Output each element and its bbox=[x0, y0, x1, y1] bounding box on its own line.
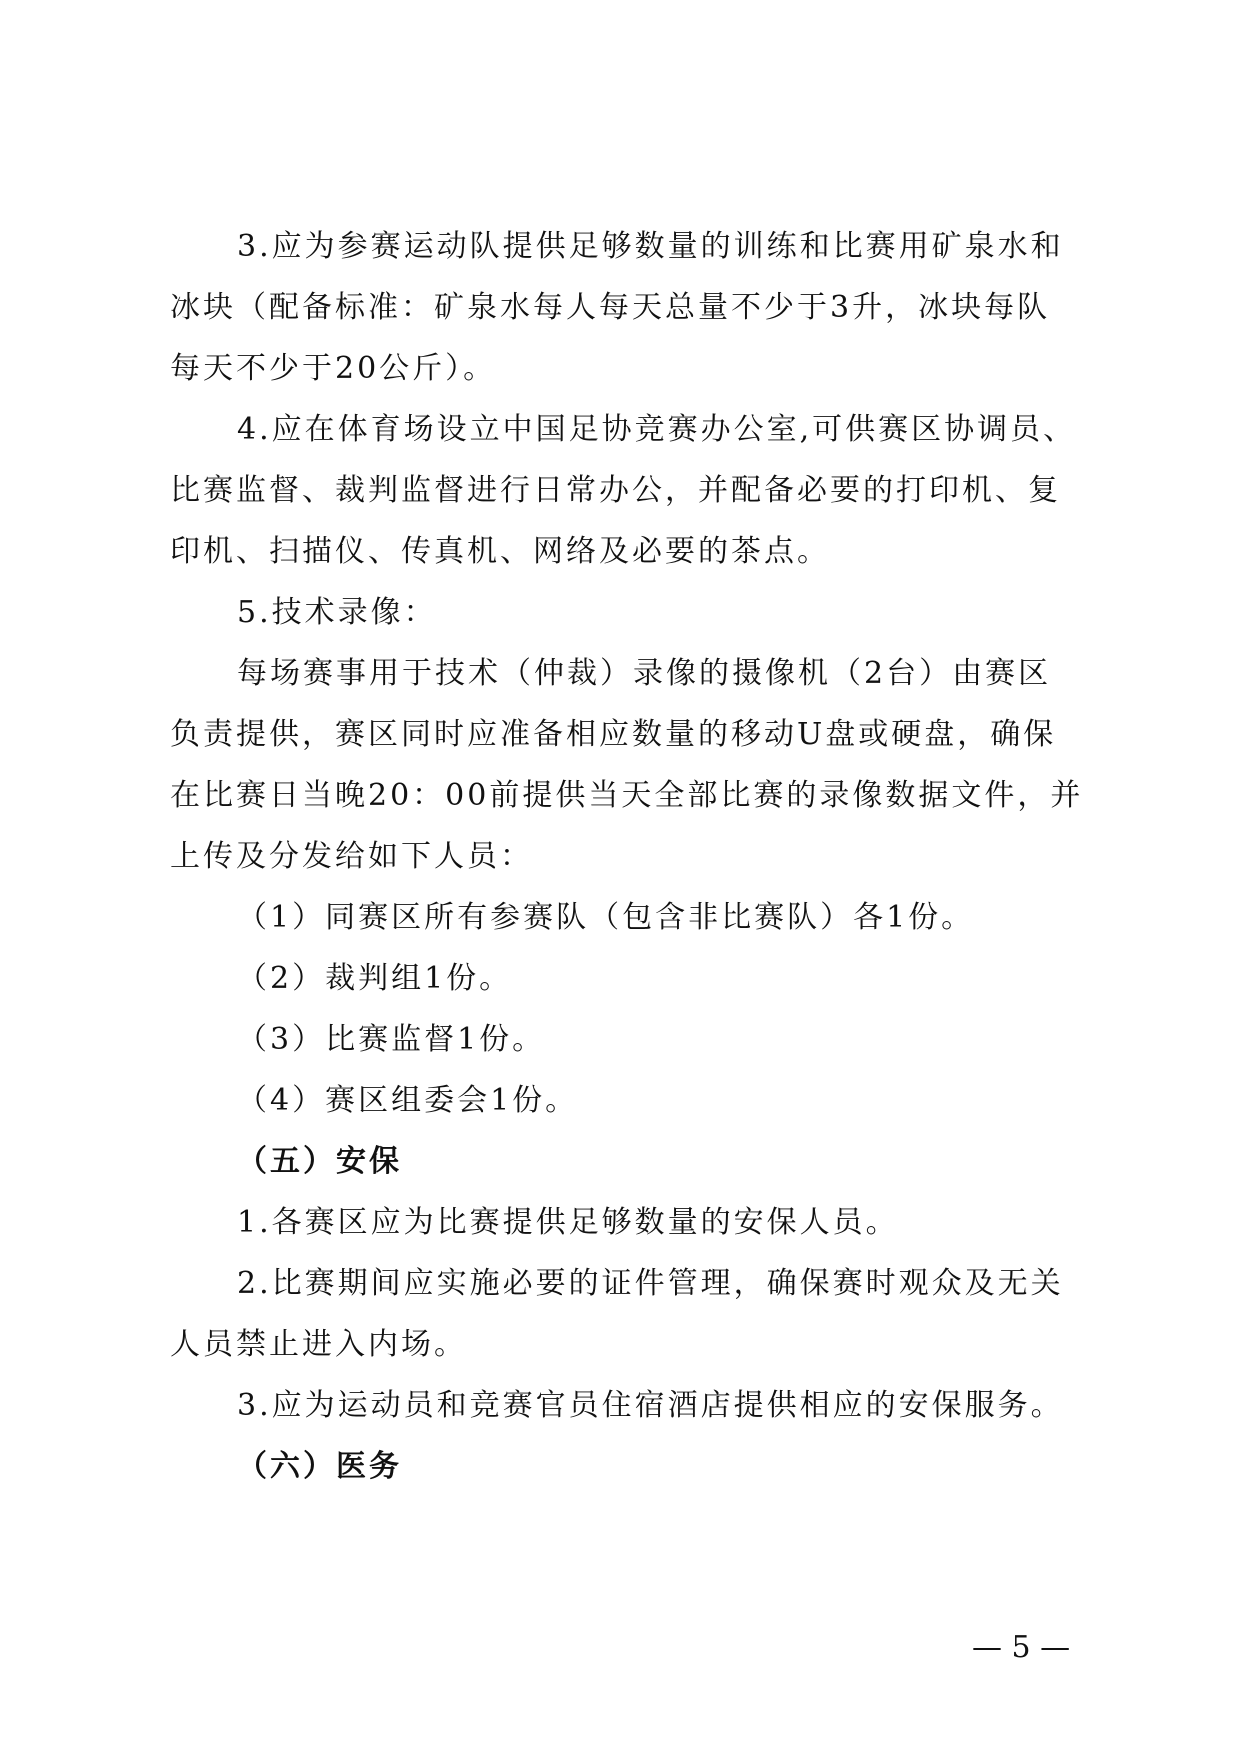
paragraph-item-5-body: 每场赛事用于技术（仲裁）录像的摄像机（2台）由赛区 负责提供，赛区同时应准备相应… bbox=[170, 643, 1070, 887]
text-line: 3.应为参赛运动队提供足够数量的训练和比赛用矿泉水和 bbox=[170, 216, 1070, 277]
list-item-recipient-1: （1）同赛区所有参赛队（包含非比赛队）各1份。 bbox=[170, 887, 1070, 948]
text-line: 上传及分发给如下人员： bbox=[170, 826, 1070, 887]
list-item-recipient-2: （2）裁判组1份。 bbox=[170, 948, 1070, 1009]
document-page: 3.应为参赛运动队提供足够数量的训练和比赛用矿泉水和 冰块（配备标准：矿泉水每人… bbox=[170, 216, 1070, 1497]
paragraph-security-3: 3.应为运动员和竞赛官员住宿酒店提供相应的安保服务。 bbox=[170, 1375, 1070, 1436]
text-line: （2）裁判组1份。 bbox=[170, 948, 1070, 1009]
text-line: 每场赛事用于技术（仲裁）录像的摄像机（2台）由赛区 bbox=[170, 643, 1070, 704]
section-heading-medical: （六）医务 bbox=[170, 1436, 1070, 1497]
paragraph-item-3-water: 3.应为参赛运动队提供足够数量的训练和比赛用矿泉水和 冰块（配备标准：矿泉水每人… bbox=[170, 216, 1070, 399]
section-heading-text: （六）医务 bbox=[170, 1436, 1070, 1497]
list-item-recipient-4: （4）赛区组委会1份。 bbox=[170, 1070, 1070, 1131]
text-line: 冰块（配备标准：矿泉水每人每天总量不少于3升，冰块每队 bbox=[170, 277, 1070, 338]
text-line: 印机、扫描仪、传真机、网络及必要的茶点。 bbox=[170, 521, 1070, 582]
text-line: 4.应在体育场设立中国足协竞赛办公室,可供赛区协调员、 bbox=[170, 399, 1070, 460]
text-line: 2.比赛期间应实施必要的证件管理，确保赛时观众及无关 bbox=[170, 1253, 1070, 1314]
text-line: 在比赛日当晚20：00前提供当天全部比赛的录像数据文件，并 bbox=[170, 765, 1070, 826]
paragraph-security-1: 1.各赛区应为比赛提供足够数量的安保人员。 bbox=[170, 1192, 1070, 1253]
paragraph-item-5-heading: 5.技术录像： bbox=[170, 582, 1070, 643]
text-line: 人员禁止进入内场。 bbox=[170, 1314, 1070, 1375]
text-line: 3.应为运动员和竞赛官员住宿酒店提供相应的安保服务。 bbox=[170, 1375, 1070, 1436]
text-line: （4）赛区组委会1份。 bbox=[170, 1070, 1070, 1131]
text-line: 比赛监督、裁判监督进行日常办公，并配备必要的打印机、复 bbox=[170, 460, 1070, 521]
page-number: — 5 — bbox=[972, 1630, 1082, 1666]
text-line: （3）比赛监督1份。 bbox=[170, 1009, 1070, 1070]
text-line: 1.各赛区应为比赛提供足够数量的安保人员。 bbox=[170, 1192, 1070, 1253]
section-heading-text: （五）安保 bbox=[170, 1131, 1070, 1192]
section-heading-security: （五）安保 bbox=[170, 1131, 1070, 1192]
text-line: （1）同赛区所有参赛队（包含非比赛队）各1份。 bbox=[170, 887, 1070, 948]
text-line: 每天不少于20公斤）。 bbox=[170, 338, 1070, 399]
paragraph-security-2: 2.比赛期间应实施必要的证件管理，确保赛时观众及无关 人员禁止进入内场。 bbox=[170, 1253, 1070, 1375]
text-line: 5.技术录像： bbox=[170, 582, 1070, 643]
list-item-recipient-3: （3）比赛监督1份。 bbox=[170, 1009, 1070, 1070]
paragraph-item-4-office: 4.应在体育场设立中国足协竞赛办公室,可供赛区协调员、 比赛监督、裁判监督进行日… bbox=[170, 399, 1070, 582]
text-line: 负责提供，赛区同时应准备相应数量的移动U盘或硬盘，确保 bbox=[170, 704, 1070, 765]
